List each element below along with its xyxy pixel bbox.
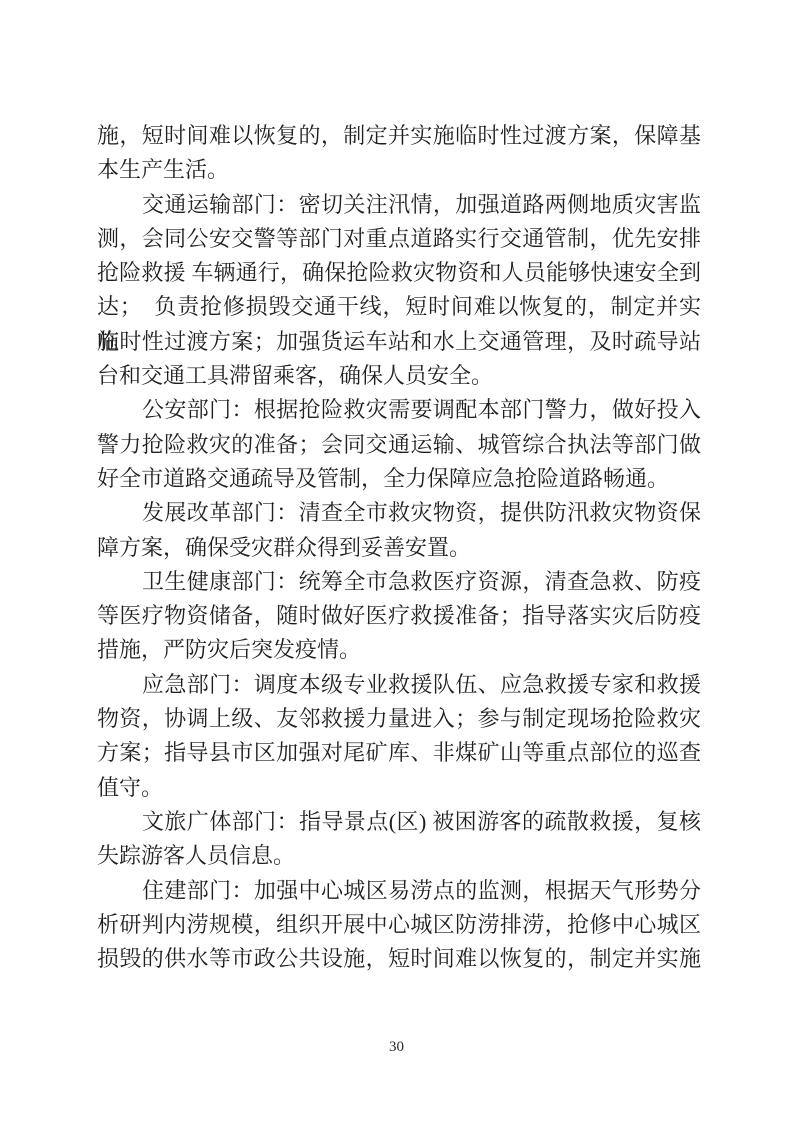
text-line: 测，会同公安交警等部门对重点道路实行交通管制，优先安排 (97, 222, 701, 256)
text-line: 发展改革部门：清查全市救灾物资，提供防汛救灾物资保 (97, 496, 701, 530)
text-line: 临时性过渡方案；加强货运车站和水上交通管理，及时疏导站 (97, 325, 701, 359)
text-line: 警力抢险救灾的准备；会同交通运输、城管综合执法等部门做 (97, 428, 701, 462)
text-line: 好全市道路交通疏导及管制，全力保障应急抢险道路畅通。 (97, 462, 701, 496)
text-line: 达； 负责抢修损毁交通干线，短时间难以恢复的，制定并实施 (97, 290, 701, 324)
paragraph: 住建部门：加强中心城区易涝点的监测，根据天气形势分析研判内涝规模，组织开展中心城… (97, 874, 701, 977)
paragraph: 文旅广体部门：指导景点(区) 被困游客的疏散救援，复核失踪游客人员信息。 (97, 805, 701, 874)
text-line: 本生产生活。 (97, 153, 701, 187)
paragraph: 应急部门：调度本级专业救援队伍、应急救援专家和救援物资，协调上级、友邻救援力量进… (97, 668, 701, 805)
paragraph: 施，短时间难以恢复的，制定并实施临时性过渡方案，保障基本生产生活。 (97, 119, 701, 188)
text-line: 交通运输部门：密切关注汛情，加强道路两侧地质灾害监 (97, 188, 701, 222)
text-line: 损毁的供水等市政公共设施，短时间难以恢复的，制定并实施 (97, 942, 701, 976)
text-line: 值守。 (97, 771, 701, 805)
paragraph: 卫生健康部门：统筹全市急救医疗资源，清查急救、防疫等医疗物资储备，随时做好医疗救… (97, 565, 701, 668)
text-line: 方案；指导县市区加强对尾矿库、非煤矿山等重点部位的巡查 (97, 736, 701, 770)
page-number: 30 (389, 1039, 404, 1055)
text-line: 公安部门：根据抢险救灾需要调配本部门警力，做好投入 (97, 393, 701, 427)
paragraph: 公安部门：根据抢险救灾需要调配本部门警力，做好投入警力抢险救灾的准备；会同交通运… (97, 393, 701, 496)
text-line: 失踪游客人员信息。 (97, 839, 701, 873)
text-line: 抢险救援 车辆通行，确保抢险救灾物资和人员能够快速安全到 (97, 256, 701, 290)
text-line: 卫生健康部门：统筹全市急救医疗资源，清查急救、防疫 (97, 565, 701, 599)
text-line: 施，短时间难以恢复的，制定并实施临时性过渡方案，保障基 (97, 119, 701, 153)
text-line: 住建部门：加强中心城区易涝点的监测，根据天气形势分 (97, 874, 701, 908)
text-line: 文旅广体部门：指导景点(区) 被困游客的疏散救援，复核 (97, 805, 701, 839)
paragraph: 发展改革部门：清查全市救灾物资，提供防汛救灾物资保障方案，确保受灾群众得到妥善安… (97, 496, 701, 565)
document-text: 施，短时间难以恢复的，制定并实施临时性过渡方案，保障基本生产生活。交通运输部门：… (97, 119, 701, 976)
page-footer: 30 (0, 1038, 793, 1056)
document-page: 施，短时间难以恢复的，制定并实施临时性过渡方案，保障基本生产生活。交通运输部门：… (0, 0, 793, 1121)
text-line: 台和交通工具滞留乘客，确保人员安全。 (97, 359, 701, 393)
text-line: 等医疗物资储备，随时做好医疗救援准备；指导落实灾后防疫 (97, 599, 701, 633)
text-line: 物资，协调上级、友邻救援力量进入；参与制定现场抢险救灾 (97, 702, 701, 736)
text-line: 应急部门：调度本级专业救援队伍、应急救援专家和救援 (97, 668, 701, 702)
text-line: 障方案，确保受灾群众得到妥善安置。 (97, 531, 701, 565)
text-line: 措施，严防灾后突发疫情。 (97, 633, 701, 667)
paragraph: 交通运输部门：密切关注汛情，加强道路两侧地质灾害监测，会同公安交警等部门对重点道… (97, 188, 701, 394)
text-line: 析研判内涝规模，组织开展中心城区防涝排涝，抢修中心城区 (97, 908, 701, 942)
